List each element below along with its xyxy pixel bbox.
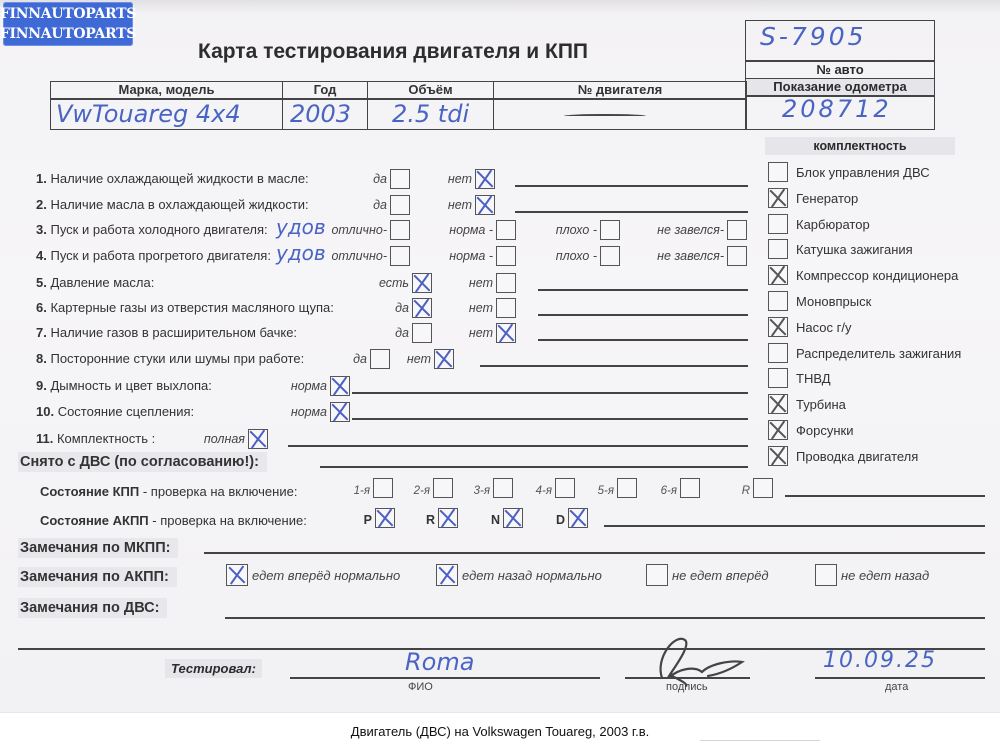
completeness-check-8[interactable] [768, 343, 788, 363]
completeness-item-label: ТНВД [796, 371, 831, 386]
logo-line-2: FINNAUTOPARTS [0, 24, 136, 44]
option-label: норма [250, 405, 327, 419]
checkbox-6-1[interactable] [412, 298, 432, 318]
checkbox-2-1[interactable] [390, 195, 410, 215]
mkpp-remarks-label: Замечания по МКПП: [18, 538, 178, 558]
option-label: норма [250, 379, 327, 393]
item-number: 3. [36, 222, 50, 237]
fill-line [480, 365, 748, 367]
akpp-position-label: R [415, 513, 435, 527]
option-label: да [330, 301, 409, 315]
item-number: 7. [36, 325, 50, 340]
item-number: 2. [36, 197, 50, 212]
completeness-item-label: Форсунки [796, 423, 853, 438]
gear-label: 6-я [647, 485, 677, 497]
fill-line [538, 314, 748, 316]
option-label: да [330, 198, 387, 212]
checklist-item-11: 11. Комплектность : [36, 431, 155, 446]
volume-value: 2.5 tdi [392, 100, 469, 128]
completeness-check-4[interactable] [768, 239, 788, 259]
checklist-item-7: 7. Наличие газов в расширительном бачке: [36, 325, 297, 340]
akpp-remark-check-2[interactable] [436, 564, 458, 586]
completeness-check-5[interactable] [768, 265, 788, 285]
checkbox-9-1[interactable] [330, 376, 350, 396]
item-text: Картерные газы из отверстия масляного щу… [50, 300, 333, 315]
akpp-position-label: N [480, 513, 500, 527]
completeness-check-1[interactable] [768, 162, 788, 182]
completeness-check-12[interactable] [768, 446, 788, 466]
option-label: отлично- [300, 223, 387, 237]
gear-label: R [720, 485, 750, 497]
akpp-remark-check-4[interactable] [815, 564, 837, 586]
completeness-header: комплектность [765, 137, 955, 155]
option-label: нет [440, 301, 493, 315]
option-label: отлично- [300, 249, 387, 263]
gear-label: 5-я [584, 485, 614, 497]
option-label: нет [395, 352, 431, 366]
completeness-check-7[interactable] [768, 317, 788, 337]
akpp-check-N[interactable] [503, 508, 523, 528]
fill-line [352, 392, 748, 394]
fill-line [352, 418, 748, 420]
checkbox-5-2[interactable] [496, 273, 516, 293]
option-label: не завелся- [645, 249, 724, 263]
gear-label: 2-я [400, 485, 430, 497]
item-text: Комплектность : [57, 431, 155, 446]
tested-by-name: Roma [405, 648, 474, 676]
option-label: нет [440, 326, 493, 340]
item-text: Пуск и работа прогретого двигателя: [50, 248, 270, 263]
option-label: плохо - [545, 223, 597, 237]
item-number: 5. [36, 275, 50, 290]
option-label: полная [160, 432, 245, 446]
completeness-item-label: Турбина [796, 397, 846, 412]
completeness-check-2[interactable] [768, 188, 788, 208]
make-model-value: VwTouareg 4x4 [56, 100, 241, 128]
completeness-check-11[interactable] [768, 420, 788, 440]
akpp-label: Состояние АКПП - проверка на включение: [40, 513, 307, 528]
car-number-value: S-7905 [760, 22, 867, 51]
akpp-position-label: D [545, 513, 565, 527]
completeness-check-9[interactable] [768, 368, 788, 388]
checkbox-4-4[interactable] [727, 246, 747, 266]
date-value: 10.09.25 [823, 648, 937, 673]
gear-check-1[interactable] [373, 478, 393, 498]
removed-parts-label: Снято с ДВС (по согласованию!): [18, 452, 267, 472]
option-label: нет [440, 198, 472, 212]
fill-line [538, 339, 748, 341]
item-text: Наличие масла в охлаждающей жидкости: [50, 197, 308, 212]
completeness-item-label: Насос г/у [796, 320, 851, 335]
tested-by-label: Тестировал: [165, 659, 262, 678]
gear-check-7[interactable] [753, 478, 773, 498]
completeness-item-label: Распределитель зажигания [796, 346, 961, 361]
checkbox-2-2[interactable] [475, 195, 495, 215]
item-text: Посторонние стуки или шумы при работе: [50, 351, 304, 366]
gear-check-3[interactable] [493, 478, 513, 498]
completeness-item-label: Карбюратор [796, 217, 870, 232]
option-label: норма - [440, 249, 493, 263]
completeness-item-label: Моновпрыск [796, 294, 871, 309]
option-label: да [330, 172, 387, 186]
akpp-check-P[interactable] [375, 508, 395, 528]
fill-line [515, 211, 748, 213]
odometer-label: Показание одометра [746, 79, 934, 95]
item-number: 10. [36, 404, 58, 419]
akpp-remark-label: едет вперёд нормально [252, 568, 400, 583]
item-number: 11. [36, 431, 57, 446]
completeness-check-3[interactable] [768, 214, 788, 234]
checklist-item-10: 10. Состояние сцепления: [36, 404, 194, 419]
checkbox-1-2[interactable] [475, 169, 495, 189]
completeness-item-label: Генератор [796, 191, 858, 206]
item-number: 8. [36, 351, 50, 366]
logo-line-1: FINNAUTOPARTS [0, 4, 136, 24]
checkbox-3-3[interactable] [600, 220, 620, 240]
year-value: 2003 [290, 100, 351, 128]
option-label: есть [330, 276, 409, 290]
image-caption: Двигатель (ДВС) на Volkswagen Touareg, 2… [0, 724, 1000, 739]
akpp-remark-label: не едет назад [841, 568, 929, 583]
checkbox-4-2[interactable] [496, 246, 516, 266]
akpp-remark-label: едет назад нормально [462, 568, 602, 583]
item-text: Дымность и цвет выхлопа: [50, 378, 211, 393]
option-label: нет [440, 172, 472, 186]
completeness-check-6[interactable] [768, 291, 788, 311]
akpp-check-R[interactable] [438, 508, 458, 528]
akpp-check-D[interactable] [568, 508, 588, 528]
item-text: Наличие газов в расширительном бачке: [50, 325, 297, 340]
checklist-item-4: 4. Пуск и работа прогретого двигателя: [36, 248, 271, 263]
checklist-item-2: 2. Наличие масла в охлаждающей жидкости: [36, 197, 309, 212]
item-text: Давление масла: [50, 275, 154, 290]
checkbox-6-2[interactable] [496, 298, 516, 318]
signature-caption: подпись [666, 681, 708, 693]
akpp-remarks-label: Замечания по АКПП: [18, 567, 177, 587]
item-text: Пуск и работа холодного двигателя: [50, 222, 267, 237]
gear-check-5[interactable] [617, 478, 637, 498]
checkbox-1-1[interactable] [390, 169, 410, 189]
akpp-remark-label: не едет вперёд [672, 568, 769, 583]
checkbox-3-4[interactable] [727, 220, 747, 240]
item-text: Наличие охлаждающей жидкости в масле: [50, 171, 308, 186]
completeness-item-label: Компрессор кондиционера [796, 268, 958, 283]
completeness-check-10[interactable] [768, 394, 788, 414]
option-label: да [330, 326, 409, 340]
gear-check-2[interactable] [433, 478, 453, 498]
test-card-document: FINNAUTOPARTS FINNAUTOPARTS Карта тестир… [0, 0, 1000, 712]
option-label: не завелся- [645, 223, 724, 237]
akpp-position-label: P [352, 513, 372, 527]
col-engine-number: № двигателя [494, 82, 746, 129]
fill-line [538, 289, 748, 291]
item-number: 6. [36, 300, 50, 315]
checklist-item-9: 9. Дымность и цвет выхлопа: [36, 378, 212, 393]
item-number: 1. [36, 171, 50, 186]
completeness-item-label: Катушка зажигания [796, 242, 913, 257]
completeness-item-label: Проводка двигателя [796, 449, 918, 464]
item-number: 4. [36, 248, 50, 263]
name-caption: ФИО [408, 681, 433, 693]
gear-check-4[interactable] [555, 478, 575, 498]
fill-line [515, 185, 748, 187]
car-number-label: № авто [745, 62, 935, 77]
checkbox-10-1[interactable] [330, 402, 350, 422]
checkbox-7-1[interactable] [412, 323, 432, 343]
kpp-label: Состояние КПП - проверка на включение: [40, 484, 297, 499]
akpp-remark-check-1[interactable] [226, 564, 248, 586]
gear-label: 3-я [460, 485, 490, 497]
dvs-remarks-label: Замечания по ДВС: [18, 598, 167, 618]
akpp-remark-check-3[interactable] [646, 564, 668, 586]
gear-check-6[interactable] [680, 478, 700, 498]
odometer-value: 208712 [782, 95, 892, 123]
form-title: Карта тестирования двигателя и КПП [198, 40, 588, 64]
date-caption: дата [885, 681, 908, 693]
option-label: да [300, 352, 367, 366]
fill-line [288, 445, 748, 447]
checklist-item-8: 8. Посторонние стуки или шумы при работе… [36, 351, 304, 366]
checklist-item-3: 3. Пуск и работа холодного двигателя: [36, 222, 268, 237]
option-label: плохо - [545, 249, 597, 263]
checkbox-4-1[interactable] [390, 246, 410, 266]
checkbox-8-1[interactable] [370, 349, 390, 369]
gear-label: 1-я [340, 485, 370, 497]
engine-number-dash [564, 114, 646, 118]
finnautoparts-logo: FINNAUTOPARTS FINNAUTOPARTS [3, 2, 133, 46]
checkbox-8-2[interactable] [434, 349, 454, 369]
footer-divider [700, 740, 820, 741]
checkbox-7-2[interactable] [496, 323, 516, 343]
checklist-item-1: 1. Наличие охлаждающей жидкости в масле: [36, 171, 309, 186]
item-text: Состояние сцепления: [58, 404, 194, 419]
checkbox-3-1[interactable] [390, 220, 410, 240]
option-label: норма - [440, 223, 493, 237]
checkbox-4-3[interactable] [600, 246, 620, 266]
item-number: 9. [36, 378, 50, 393]
checkbox-11-1[interactable] [248, 429, 268, 449]
completeness-item-label: Блок управления ДВС [796, 165, 930, 180]
checkbox-5-1[interactable] [412, 273, 432, 293]
checklist-item-6: 6. Картерные газы из отверстия масляного… [36, 300, 334, 315]
gear-label: 4-я [522, 485, 552, 497]
option-label: нет [440, 276, 493, 290]
checkbox-3-2[interactable] [496, 220, 516, 240]
checklist-item-5: 5. Давление масла: [36, 275, 154, 290]
